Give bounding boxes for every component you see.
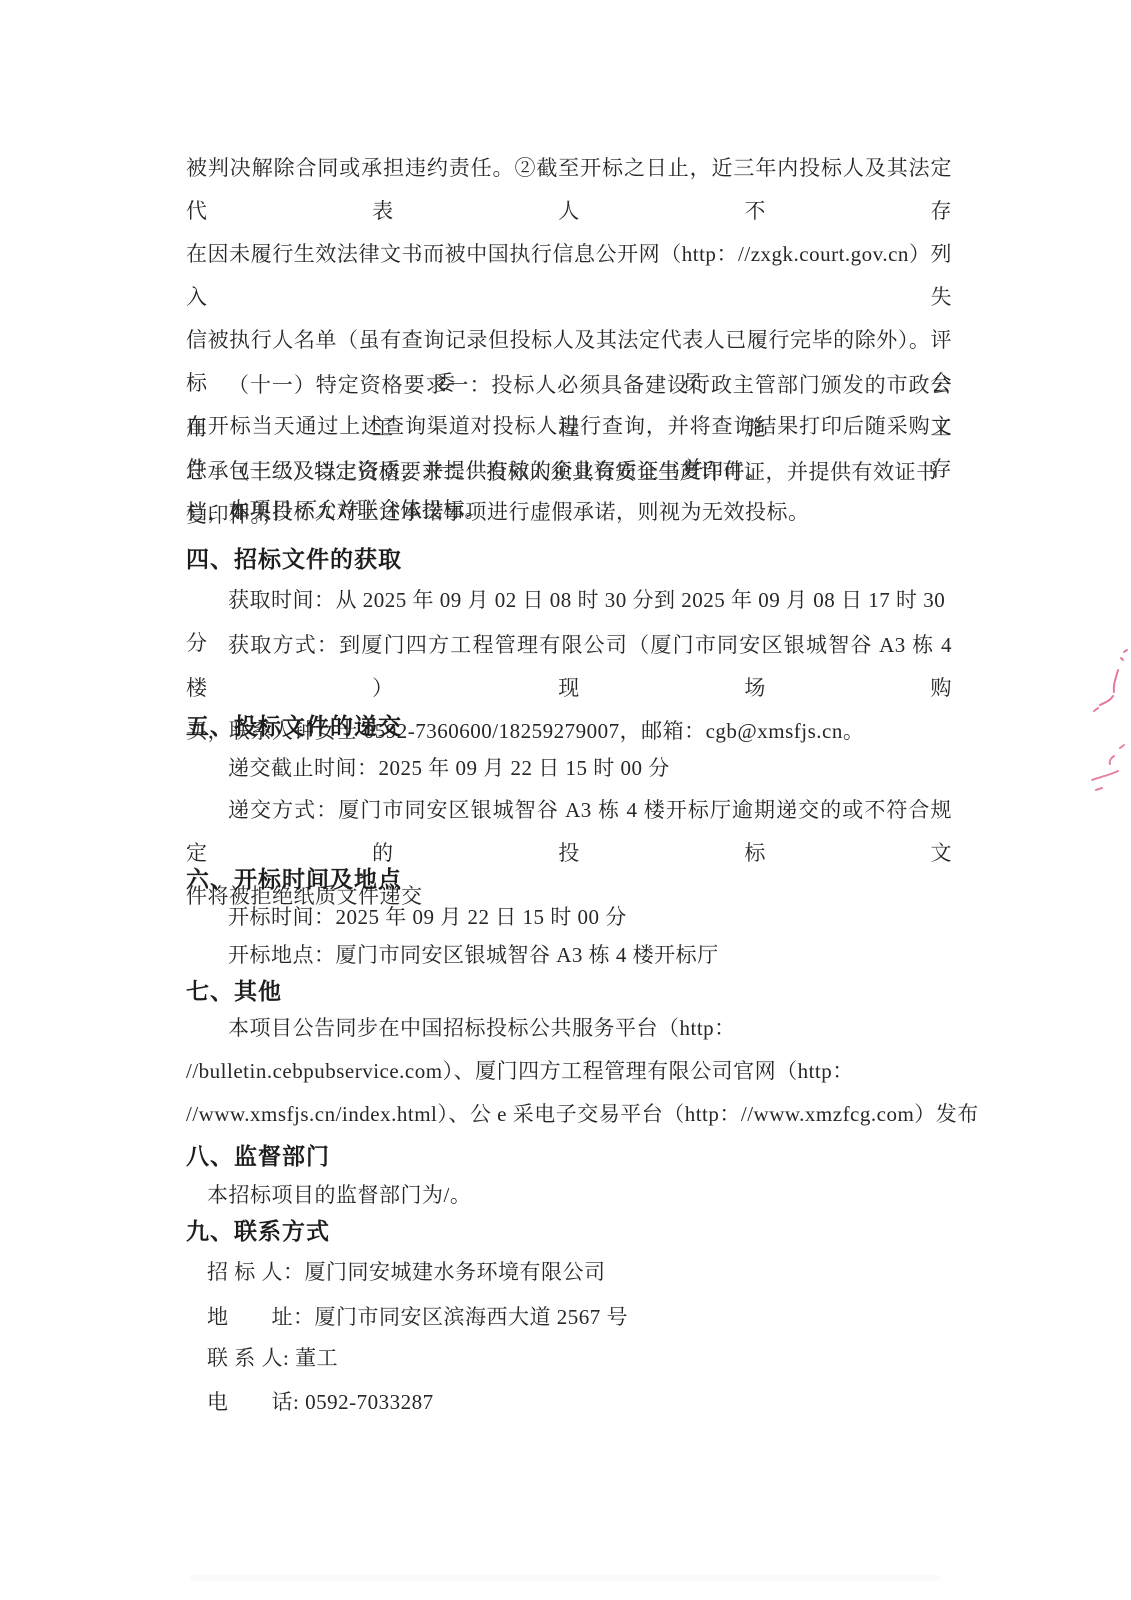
contact-row-tenderer: 招 标 人：厦门同安城建水务环境有限公司 — [186, 1251, 952, 1294]
opening-place-line: 开标地点：厦门市同安区银城智谷 A3 栋 4 楼开标厅 — [186, 934, 952, 977]
intro-paragraph-line: 在因未履行生效法律文书而被中国执行信息公开网（http：//zxgk.court… — [186, 233, 952, 319]
scanned-tender-document-page: 被判决解除合同或承担违约责任。②截至开标之日止，近三年内投标人及其法定代表人不存… — [0, 0, 1131, 1600]
section-heading-document-acquisition: 四、招标文件的获取 — [186, 544, 952, 574]
section-heading-supervision: 八、监督部门 — [186, 1141, 952, 1171]
contact-value: 厦门市同安区滨海西大道 2567 号 — [315, 1305, 629, 1329]
section-heading-bid-opening: 六、开标时间及地点 — [186, 864, 952, 894]
supervision-body: 本招标项目的监督部门为/。 — [186, 1174, 952, 1217]
announcement-platforms-line: //www.xmsfjs.cn/index.html）、公 e 采电子交易平台（… — [186, 1093, 952, 1136]
consortium-statement: 本项目不允许联合体投标。 — [186, 489, 952, 532]
consortium-suffix: 联合体投标。 — [357, 498, 486, 522]
section-heading-contact: 九、联系方式 — [186, 1216, 952, 1246]
contact-label: 电 话: — [207, 1390, 305, 1414]
contact-row-phone: 电 话: 0592-7033287 — [186, 1381, 952, 1424]
intro-paragraph-line: 被判决解除合同或承担违约责任。②截至开标之日止，近三年内投标人及其法定代表人不存 — [186, 147, 952, 233]
section-heading-bid-submission: 五、投标文件的递交 — [186, 711, 952, 741]
consortium-emphasis-not-allowed: 不允许 — [293, 498, 358, 522]
contact-label: 联 系 人: — [207, 1346, 295, 1370]
contact-row-address: 地 址：厦门市同安区滨海西大道 2567 号 — [186, 1296, 952, 1339]
consortium-prefix: 本项目 — [228, 498, 293, 522]
contact-value: 厦门同安城建水务环境有限公司 — [305, 1260, 606, 1284]
contact-label: 招 标 人： — [207, 1260, 305, 1284]
red-ink-mark-upper — [1080, 648, 1130, 726]
scan-edge-smudge — [190, 1575, 940, 1581]
contact-label: 地 址： — [207, 1305, 315, 1329]
contact-value: 0592-7033287 — [305, 1390, 434, 1414]
qualification-item-11-line: （十一）特定资格要求一：投标人必须具备建设行政主管部门颁发的市政公用工程施工 — [186, 364, 952, 450]
red-ink-mark-lower — [1084, 742, 1130, 800]
submission-method-line: 递交方式：厦门市同安区银城智谷 A3 栋 4 楼开标厅逾期递交的或不符合规定的投… — [186, 789, 952, 875]
announcement-platforms-line: 本项目公告同步在中国招标投标公共服务平台（http： — [186, 1007, 952, 1050]
announcement-platforms-line: //bulletin.cebpubservice.com）、厦门四方工程管理有限… — [186, 1050, 952, 1093]
contact-row-person: 联 系 人: 董工 — [186, 1337, 952, 1380]
section-heading-others: 七、其他 — [186, 976, 952, 1006]
acquisition-method-line: 获取方式：到厦门四方工程管理有限公司（厦门市同安区银城智谷 A3 栋 4 楼）现… — [186, 624, 952, 710]
opening-time-line: 开标时间：2025 年 09 月 22 日 15 时 00 分 — [186, 896, 952, 939]
contact-value: 董工 — [295, 1346, 338, 1370]
submission-deadline-line: 递交截止时间：2025 年 09 月 22 日 15 时 00 分 — [186, 747, 952, 790]
announcement-platforms: 本项目公告同步在中国招标投标公共服务平台（http： //bulletin.ce… — [186, 1007, 952, 1136]
